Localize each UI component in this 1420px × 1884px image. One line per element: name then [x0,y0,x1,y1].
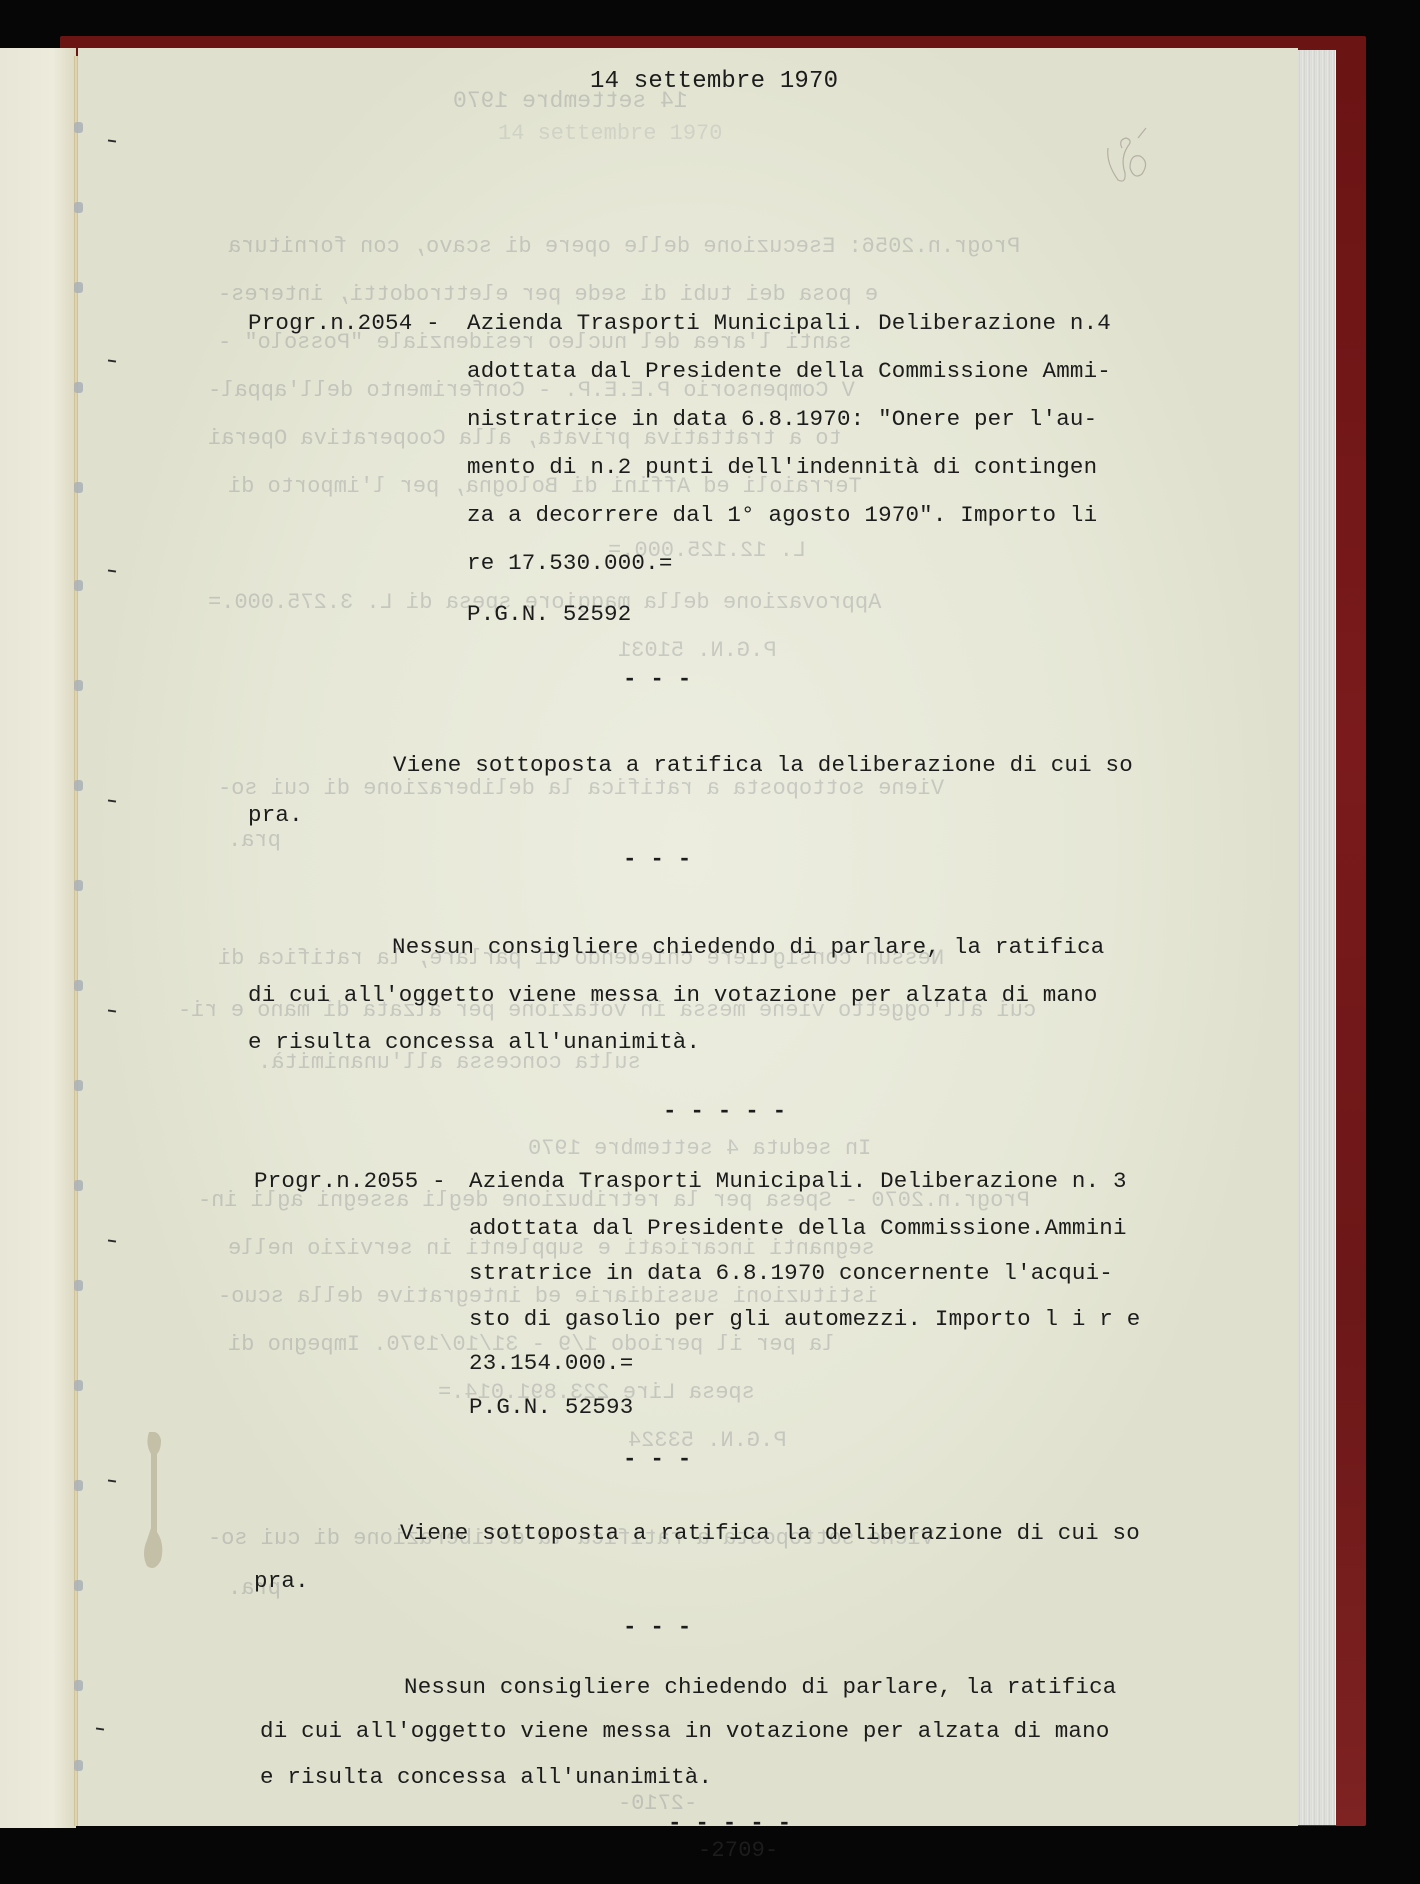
binding-stitch [74,382,83,393]
binding-stitch [74,1080,83,1091]
separator: - - - - - [668,1812,791,1835]
binding-stitch [74,1760,83,1771]
separator: - - - - - [663,1100,786,1123]
bleed-through-line: pra. [228,830,281,852]
pencil-annotation-mark [1098,118,1158,188]
binding-stitch [74,1680,83,1691]
separator: - - - [623,1616,692,1639]
entry-pgn: P.G.N. 52593 [469,1396,633,1419]
binding-stitch [74,1180,83,1191]
vote-text: e risulta concessa all'unanimità. [248,1031,700,1054]
binding-stitch [74,282,83,293]
binding-stitch [74,880,83,891]
ratifica-text-cont: pra. [248,804,303,827]
binding-stitch [74,1480,83,1491]
entry-amount-line: 23.154.000.= [469,1352,633,1375]
bleed-through-line: istituzioni sussidiarie ed integrative d… [218,1286,878,1308]
entry-text-line: adottata dal Presidente della Commission… [467,360,1111,383]
vote-text: Nessun consigliere chiedendo di parlare,… [392,936,1105,959]
binding-stitch [74,1280,83,1291]
binding-stitch [74,482,83,493]
binding-stitch [74,202,83,213]
page-number: -2709- [698,1840,778,1862]
document-page: 14 settembre 1970 Progr.n.2056: Esecuzio… [78,48,1298,1826]
ratifica-text: Viene sottoposta a ratifica la deliberaz… [393,754,1133,777]
binding-stitch [74,980,83,991]
entry-progr-number: Progr.n.2055 - [254,1170,446,1193]
bleed-through-line: sulta concessa all'unanimità. [258,1052,641,1074]
bleed-through-line: e posa dei tubi di sede per elettrodotti… [218,284,878,306]
separator: - - - [623,668,692,691]
bleed-through-line: Progr.n.2056: Esecuzione delle opere di … [228,236,1020,258]
entry-text-line: mento di n.2 punti dell'indennità di con… [467,456,1097,479]
bleed-through-line: In seduta 4 settembre 1970 [528,1138,871,1160]
binding-stitch [74,1380,83,1391]
vote-text: di cui all'oggetto viene messa in votazi… [248,984,1098,1007]
entry-text-line: Azienda Trasporti Municipali. Deliberazi… [467,312,1111,335]
entry-text-line: nistratrice in data 6.8.1970: "Onere per… [467,408,1097,431]
separator: - - - [623,1448,692,1471]
binding-stitch [74,780,83,791]
binding-stitch [74,680,83,691]
entry-text-line: adottata dal Presidente della Commission… [469,1217,1127,1240]
binding-stitch [74,1580,83,1591]
tape-stain [143,1432,165,1572]
ratifica-text-cont: pra. [254,1570,309,1593]
entry-progr-number: Progr.n.2054 - [248,312,440,335]
ratifica-text: Viene sottoposta a ratifica la deliberaz… [400,1522,1140,1545]
facing-page-edge [0,48,76,1828]
bleed-through-line: segnanti incaricati e supplenti in servi… [228,1238,875,1260]
page-fore-edge [1296,50,1336,1825]
vote-text: di cui all'oggetto viene messa in votazi… [260,1720,1110,1743]
bleed-through-line: P.G.N. 51031 [618,640,776,662]
entry-text-line: Azienda Trasporti Municipali. Deliberazi… [469,1170,1127,1193]
binding-stitch [74,122,83,133]
vote-text: Nessun consigliere chiedendo di parlare,… [404,1676,1117,1699]
scanned-book-page: 14 settembre 1970 Progr.n.2056: Esecuzio… [0,0,1420,1884]
bleed-through-header-2: 14 settembre 1970 [498,123,722,145]
vote-text: e risulta concessa all'unanimità. [260,1766,712,1789]
entry-amount-line: re 17.530.000.= [467,552,673,575]
separator: - - - [623,848,692,871]
bleed-through-line: Viene sottoposta a ratifica la deliberaz… [218,778,944,800]
book-gutter [74,56,78,1826]
entry-text-line: za a decorrere dal 1° agosto 1970". Impo… [467,504,1097,527]
date-header: 14 settembre 1970 [590,70,838,94]
entry-text-line: sto di gasolio per gli automezzi. Import… [469,1308,1140,1331]
entry-pgn: P.G.N. 52592 [467,603,631,626]
binding-stitch [74,580,83,591]
entry-text-line: stratrice in data 6.8.1970 concernente l… [469,1262,1113,1285]
